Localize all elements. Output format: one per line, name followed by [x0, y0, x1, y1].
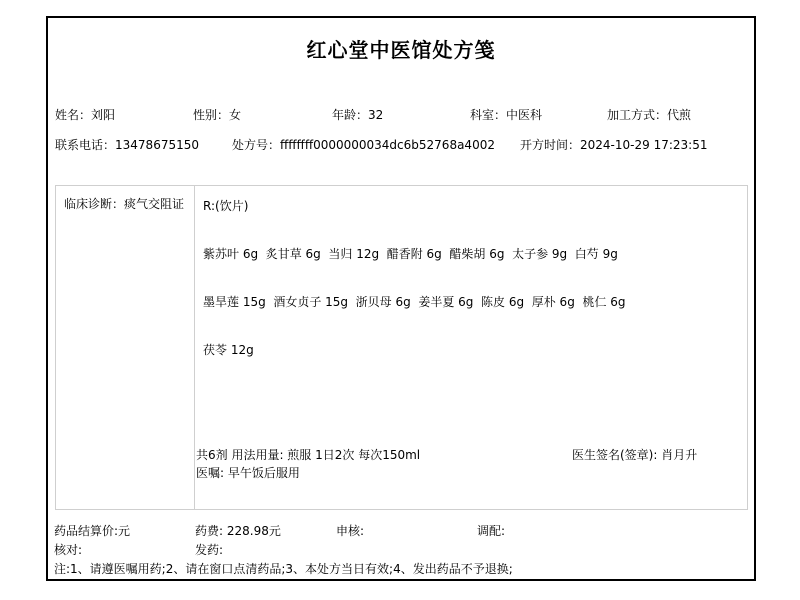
patient-info-row-1: 姓名：刘阳 性别：女 年龄：32 科室：中医科 加工方式：代煎: [48, 106, 754, 122]
processing-method-field: 加工方式：代煎: [607, 106, 691, 123]
medicine-fee-label: 药费:: [195, 524, 227, 538]
herb-line-3: 茯苓 12g: [203, 341, 254, 358]
rx-number-label: 处方号：: [232, 138, 280, 152]
department-label: 科室：: [470, 108, 506, 122]
check-field: 核对:: [54, 541, 82, 558]
herb-line-1: 紫苏叶 6g 炙甘草 6g 当归 12g 醋香附 6g 醋柴胡 6g 太子参 9…: [203, 245, 618, 262]
doctor-signature-value: 肖月升: [661, 448, 697, 462]
dispense-field: 发药:: [195, 541, 223, 558]
usage-dosage: 共6剂 用法用量: 煎服 1日2次 每次150ml: [196, 446, 420, 463]
phone-value: 13478675150: [115, 138, 199, 152]
page-title: 红心堂中医馆处方笺: [48, 34, 754, 63]
doctor-signature: 医生签名(签章): 肖月升: [572, 446, 744, 465]
prescription-frame: 红心堂中医馆处方笺 姓名：刘阳 性别：女 年龄：32 科室：中医科 加工方式：代…: [46, 16, 756, 581]
patient-name-value: 刘阳: [91, 108, 115, 122]
issue-time-value: 2024-10-29 17:23:51: [580, 138, 707, 152]
patient-age-label: 年龄：: [332, 108, 368, 122]
footer-row-2: 核对: 发药:: [48, 541, 754, 557]
issue-time-label: 开方时间：: [520, 138, 580, 152]
doctor-signature-label: 医生签名(签章):: [572, 448, 661, 462]
doctor-advice: 医嘱: 早午饭后服用: [196, 464, 300, 481]
diagnosis-divider: [194, 186, 195, 509]
prescription-box: 临床诊断：痰气交阻证 R:(饮片) 紫苏叶 6g 炙甘草 6g 当归 12g 醋…: [55, 185, 748, 510]
review-field: 申核:: [336, 522, 364, 539]
rx-number-value: ffffffff0000000034dc6b52768a4002: [280, 138, 495, 152]
footer-note: 注:1、请遵医嘱用药;2、请在窗口点清药品;3、本处方当日有效;4、发出药品不予…: [54, 560, 748, 577]
processing-method-value: 代煎: [667, 108, 691, 122]
diagnosis-value: 痰气交阻证: [124, 197, 184, 211]
rp-header: R:(饮片): [203, 197, 248, 214]
department-field: 科室：中医科: [470, 106, 542, 123]
patient-info-row-2: 联系电话：13478675150 处方号：ffffffff0000000034d…: [48, 136, 754, 152]
medicine-fee-field: 药费: 228.98元: [195, 522, 281, 539]
footer-row-1: 药品结算价:元 药费: 228.98元 申核: 调配:: [48, 522, 754, 538]
patient-gender-field: 性别：女: [193, 106, 241, 123]
blend-field: 调配:: [477, 522, 505, 539]
patient-age-field: 年龄：32: [332, 106, 383, 123]
processing-method-label: 加工方式：: [607, 108, 667, 122]
phone-label: 联系电话：: [55, 138, 115, 152]
herb-line-2: 墨旱莲 15g 酒女贞子 15g 浙贝母 6g 姜半夏 6g 陈皮 6g 厚朴 …: [203, 293, 626, 310]
patient-name-field: 姓名：刘阳: [55, 106, 115, 123]
patient-age-value: 32: [368, 108, 383, 122]
medicine-fee-value: 228.98元: [227, 524, 281, 538]
patient-gender-label: 性别：: [193, 108, 229, 122]
phone-field: 联系电话：13478675150: [55, 136, 199, 153]
settle-price-field: 药品结算价:元: [54, 522, 130, 539]
department-value: 中医科: [506, 108, 542, 122]
prescription-page: 红心堂中医馆处方笺 姓名：刘阳 性别：女 年龄：32 科室：中医科 加工方式：代…: [0, 0, 800, 600]
patient-gender-value: 女: [229, 108, 241, 122]
patient-name-label: 姓名：: [55, 108, 91, 122]
diagnosis-label: 临床诊断：: [64, 197, 124, 211]
clinical-diagnosis: 临床诊断：痰气交阻证: [64, 195, 188, 214]
rx-number-field: 处方号：ffffffff0000000034dc6b52768a4002: [232, 136, 495, 153]
issue-time-field: 开方时间：2024-10-29 17:23:51: [520, 136, 707, 153]
